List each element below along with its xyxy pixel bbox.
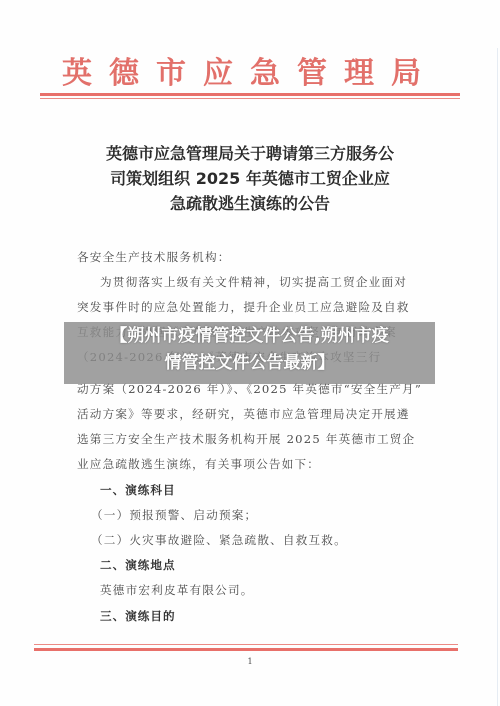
masthead-title: 英德市应急管理局	[60, 56, 440, 92]
title-line: 英德市应急管理局关于聘请第三方服务公	[60, 141, 440, 166]
section-item: （二）火灾事故避险、紧急疏散、自救互救。	[91, 528, 451, 553]
page-edge-line	[497, 48, 498, 706]
title-line: 司策划组织 2025 年英德市工贸企业应	[60, 166, 440, 191]
paragraph-line: 选第三方安全生产技术服务机构开展 2025 年英德市工贸企	[77, 427, 437, 452]
masthead-rule-thick	[40, 93, 460, 96]
document-title: 英德市应急管理局关于聘请第三方服务公 司策划组织 2025 年英德市工贸企业应 …	[60, 141, 440, 216]
paragraph-line: 活动方案》等要求，经研究，英德市应急管理局决定开展遴	[77, 402, 437, 427]
overlay-banner-text: 【朔州市疫情管控文件公告,朔州市疫 情管控文件公告最新】	[64, 323, 435, 377]
salutation: 各安全生产技术服务机构：	[77, 245, 437, 270]
footer-rule-thin	[34, 644, 458, 645]
footer-rule-thick	[34, 648, 458, 651]
banner-line: 情管控文件公告最新】	[64, 350, 435, 377]
banner-line: 【朔州市疫情管控文件公告,朔州市疫	[64, 323, 435, 350]
section-heading: 三、演练目的	[100, 604, 460, 629]
section-heading: 一、演练科目	[100, 478, 460, 503]
section-item: （一）预报预警、启动预案；	[91, 503, 451, 528]
paragraph-line: 突发事件时的应急处置能力，提升企业员工应急避险及自救	[77, 295, 437, 320]
section-heading: 二、演练地点	[100, 553, 460, 578]
paragraph-line: 为贯彻落实上级有关文件精神，切实提高工贸企业面对	[100, 270, 460, 295]
section-item: 英德市宏利皮革有限公司。	[100, 578, 460, 603]
page-number: 1	[240, 657, 260, 666]
paragraph-line: 业应急疏散逃生演练，有关事项公告如下：	[77, 452, 437, 477]
masthead-rule-thin	[40, 98, 460, 99]
title-line: 急疏散逃生演练的公告	[60, 191, 440, 216]
document-page: 英德市应急管理局 英德市应急管理局关于聘请第三方服务公 司策划组织 2025 年…	[0, 0, 500, 706]
